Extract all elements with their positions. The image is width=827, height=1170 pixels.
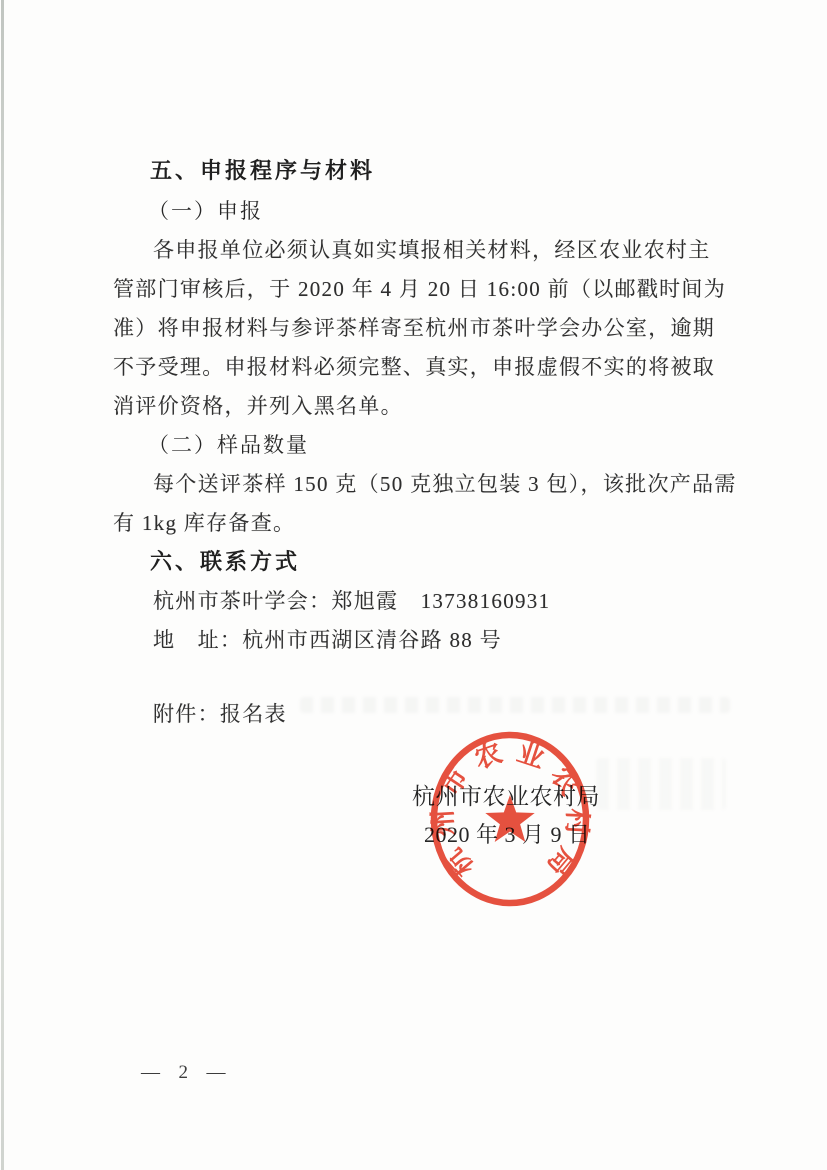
subsection-2-heading: （二）样品数量 xyxy=(148,432,309,458)
paragraph-line: 各申报单位必须认真如实填报相关材料，经区农业农村主 xyxy=(113,237,711,263)
section-6-heading: 六、联系方式 xyxy=(150,549,300,575)
scanned-document-page: 五、申报程序与材料 （一）申报 各申报单位必须认真如实填报相关材料，经区农业农村… xyxy=(0,0,827,1170)
paragraph-line: 不予受理。申报材料必须完整、真实，申报虚假不实的将被取 xyxy=(113,354,715,380)
official-seal: 杭州市农业农村局 xyxy=(414,722,606,918)
contact-line: 地 址：杭州市西湖区清谷路 88 号 xyxy=(113,627,502,653)
attachment-label: 附件：报名表 xyxy=(113,701,287,727)
subsection-1-heading: （一）申报 xyxy=(148,198,263,224)
page-number: — 2 — xyxy=(141,1062,229,1084)
seal-star-icon xyxy=(485,795,534,842)
section-5-heading: 五、申报程序与材料 xyxy=(150,158,375,184)
paragraph-line: 消评价资格，并列入黑名单。 xyxy=(113,393,403,419)
paragraph-line: 每个送评茶样 150 克（50 克独立包装 3 包），该批次产品需 xyxy=(113,471,737,497)
contact-line: 杭州市茶叶学会：郑旭霞 13738160931 xyxy=(113,588,550,614)
ink-bleed-artifact xyxy=(300,697,730,713)
paragraph-line: 准）将申报材料与参评茶样寄至杭州市茶叶学会办公室，逾期 xyxy=(113,315,715,341)
paragraph-line: 有 1kg 库存备查。 xyxy=(113,510,295,536)
paragraph-line: 管部门审核后，于 2020 年 4 月 20 日 16:00 前（以邮戳时间为 xyxy=(113,276,726,302)
ink-bleed-artifact xyxy=(596,758,726,810)
scan-edge-artifact xyxy=(1,0,4,1170)
